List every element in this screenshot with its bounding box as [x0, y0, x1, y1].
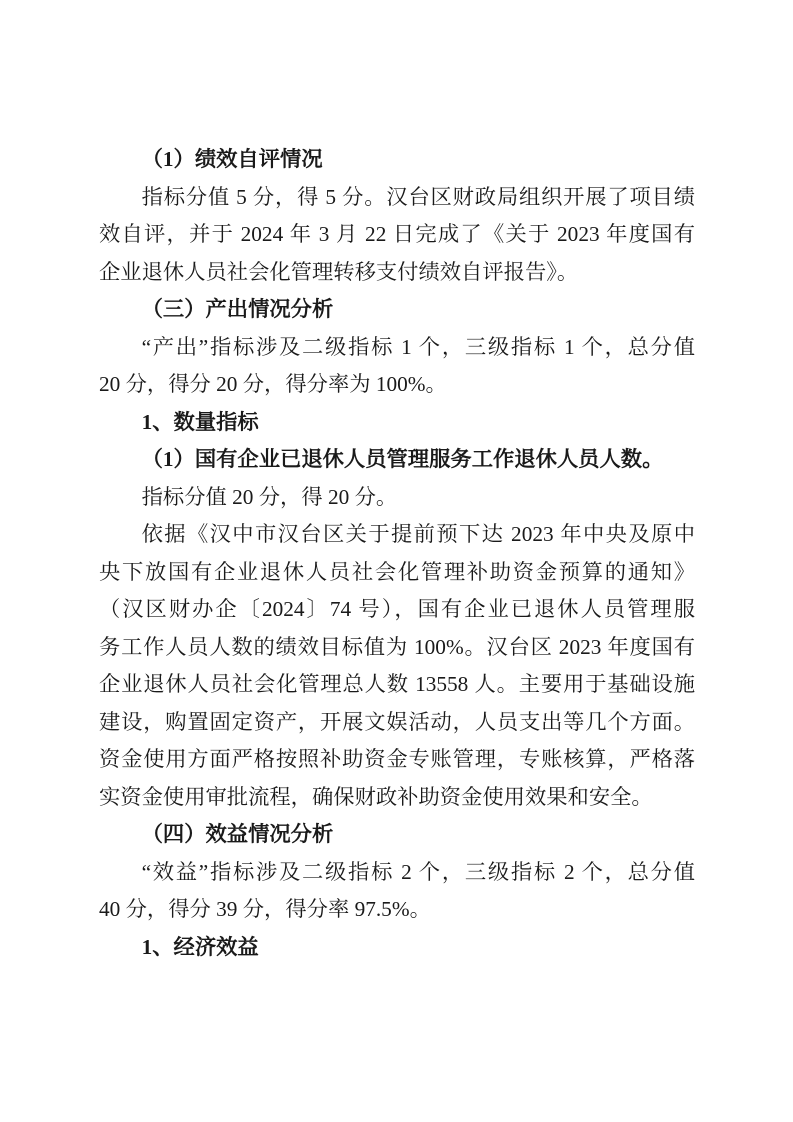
body-line: 务工作人员人数的绩效目标值为 100%。汉台区 2023 年度国有: [99, 629, 695, 667]
heading-line: （1）国有企业已退休人员管理服务工作退休人员人数。: [99, 441, 695, 479]
paragraph-basis-body: 依据《汉中市汉台区关于提前预下达 2023 年中央及原中 央下放国有企业退休人员…: [99, 516, 695, 816]
paragraph-benefit-analysis-heading: （四）效益情况分析: [99, 816, 695, 854]
heading-line: 1、经济效益: [99, 929, 695, 967]
paragraph-self-eval-body: 指标分值 5 分，得 5 分。汉台区财政局组织开展了项目绩 效自评，并于 202…: [99, 179, 695, 292]
body-line: （汉区财办企〔2024〕74 号），国有企业已退休人员管理服: [99, 591, 695, 629]
paragraph-economic-benefit-heading: 1、经济效益: [99, 929, 695, 967]
body-line: 40 分，得分 39 分，得分率 97.5%。: [99, 891, 695, 929]
heading-line: 1、数量指标: [99, 404, 695, 442]
heading-line: （1）绩效自评情况: [99, 141, 695, 179]
body-line: 企业退休人员社会化管理总人数 13558 人。主要用于基础设施: [99, 666, 695, 704]
body-line: 央下放国有企业退休人员社会化管理补助资金预算的通知》: [99, 554, 695, 592]
body-line: “效益”指标涉及二级指标 2 个，三级指标 2 个，总分值: [99, 854, 695, 892]
body-line: 建设，购置固定资产，开展文娱活动，人员支出等几个方面。: [99, 704, 695, 742]
paragraph-output-analysis-body: “产出”指标涉及二级指标 1 个，三级指标 1 个，总分值 20 分，得分 20…: [99, 329, 695, 404]
body-line: 资金使用方面严格按照补助资金专账管理，专账核算，严格落: [99, 741, 695, 779]
paragraph-self-eval-heading: （1）绩效自评情况: [99, 141, 695, 179]
body-line: 20 分，得分 20 分，得分率为 100%。: [99, 366, 695, 404]
paragraph-score-20: 指标分值 20 分，得 20 分。: [99, 479, 695, 517]
page-text-content: （1）绩效自评情况 指标分值 5 分，得 5 分。汉台区财政局组织开展了项目绩 …: [99, 141, 695, 966]
body-line: 企业退休人员社会化管理转移支付绩效自评报告》。: [99, 254, 695, 292]
paragraph-output-analysis-heading: （三）产出情况分析: [99, 291, 695, 329]
heading-line: （三）产出情况分析: [99, 291, 695, 329]
body-line: 指标分值 20 分，得 20 分。: [99, 479, 695, 517]
paragraph-quantity-indicator-heading: 1、数量指标: [99, 404, 695, 442]
body-line: 实资金使用审批流程，确保财政补助资金使用效果和安全。: [99, 779, 695, 817]
document-page: （1）绩效自评情况 指标分值 5 分，得 5 分。汉台区财政局组织开展了项目绩 …: [0, 0, 793, 1122]
paragraph-retiree-count-heading: （1）国有企业已退休人员管理服务工作退休人员人数。: [99, 441, 695, 479]
body-line: 效自评，并于 2024 年 3 月 22 日完成了《关于 2023 年度国有: [99, 216, 695, 254]
body-line: 指标分值 5 分，得 5 分。汉台区财政局组织开展了项目绩: [99, 179, 695, 217]
heading-line: （四）效益情况分析: [99, 816, 695, 854]
paragraph-benefit-analysis-body: “效益”指标涉及二级指标 2 个，三级指标 2 个，总分值 40 分，得分 39…: [99, 854, 695, 929]
body-line: 依据《汉中市汉台区关于提前预下达 2023 年中央及原中: [99, 516, 695, 554]
body-line: “产出”指标涉及二级指标 1 个，三级指标 1 个，总分值: [99, 329, 695, 367]
